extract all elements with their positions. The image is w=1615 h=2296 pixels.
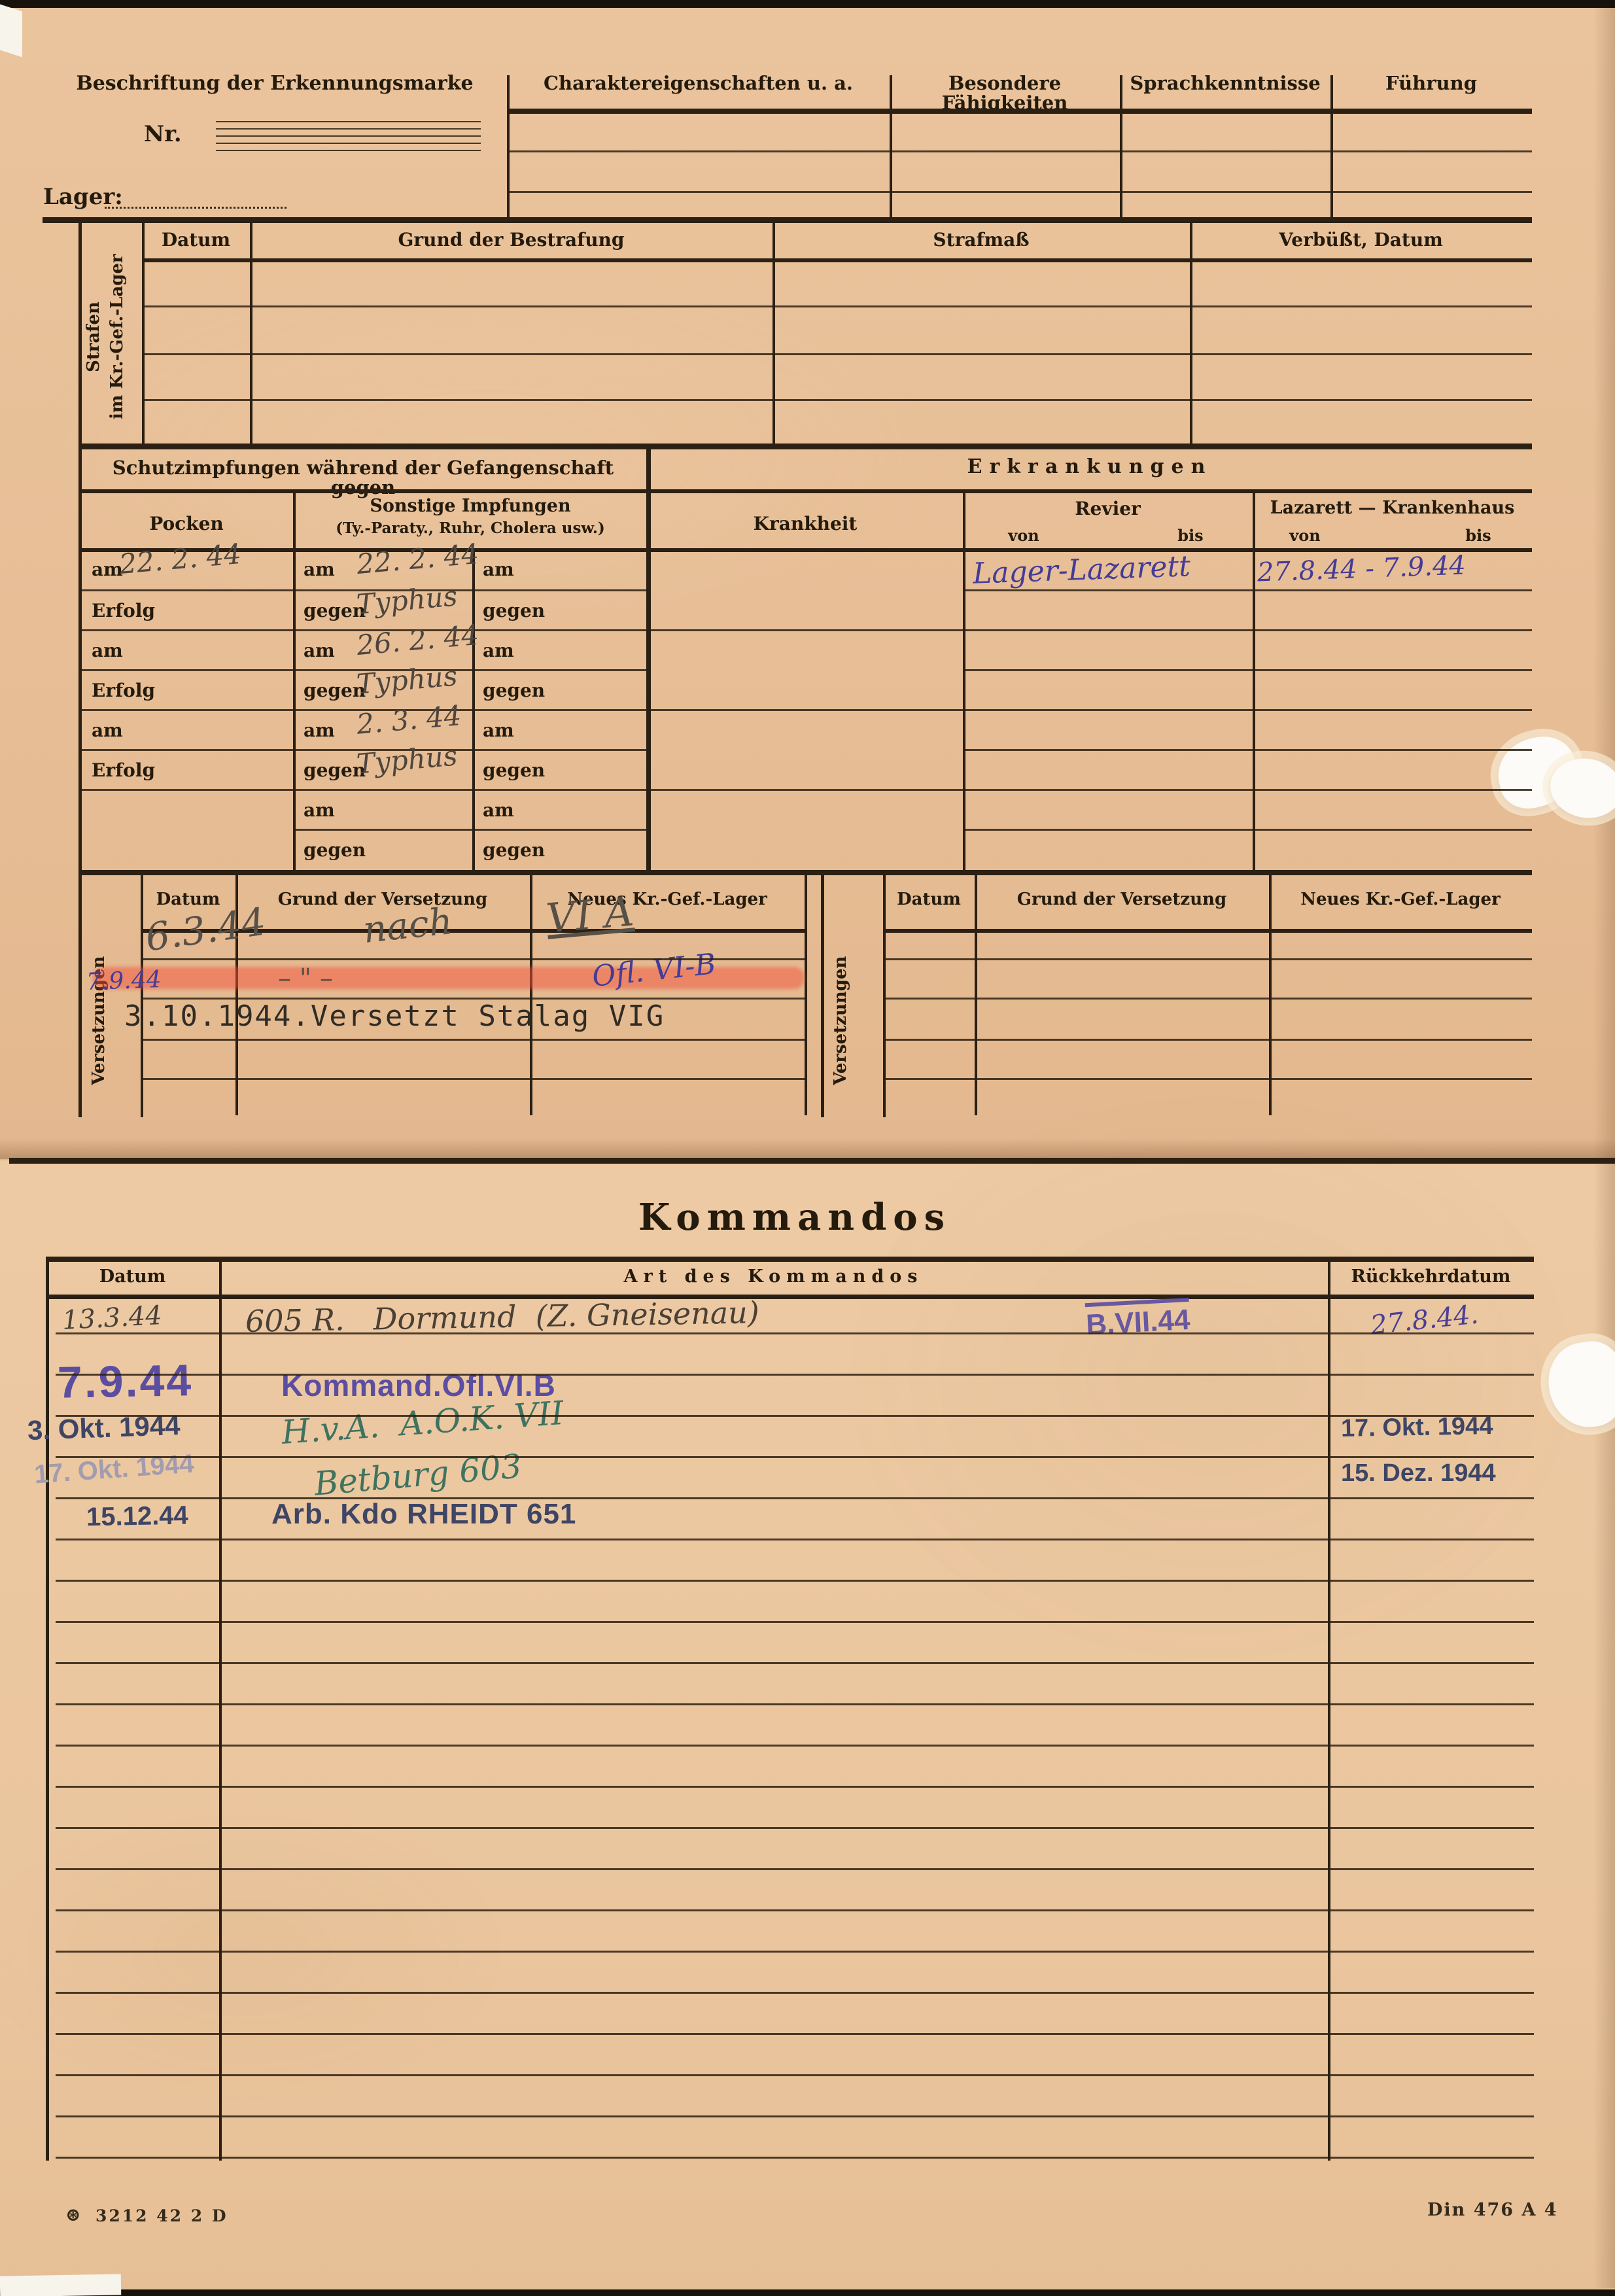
column-header-sprachen: Sprachkenntnisse	[1120, 73, 1330, 93]
impf-cell-label: am	[304, 641, 335, 660]
krankheit-header: Krankheit	[648, 514, 963, 533]
versetz-right-header-datum: Datum	[883, 891, 975, 909]
kommandos-header-art: Art des Kommandos	[219, 1268, 1328, 1286]
versetz-row1-neues: VI A	[545, 891, 636, 939]
rule	[56, 1332, 1534, 1334]
rule	[293, 829, 646, 831]
rule	[821, 870, 824, 1117]
rule	[216, 128, 481, 130]
versetzungen-side-label-left: Versetzungen	[90, 932, 107, 1109]
impf-cell-label: gegen	[483, 841, 545, 860]
rule	[56, 1456, 1534, 1458]
printer-mark-icon: ⊛	[65, 2206, 80, 2224]
rule	[216, 143, 481, 144]
revier-bis-label: bis	[1171, 527, 1210, 544]
rule	[78, 444, 82, 870]
column-header-charakter: Charaktereigenschaften u. a.	[507, 73, 890, 93]
rule	[216, 150, 481, 151]
impf-cell-label: gegen	[304, 841, 366, 860]
rule	[56, 2115, 1534, 2117]
rule	[82, 709, 293, 711]
rule	[56, 1415, 1534, 1417]
rule	[965, 789, 1532, 791]
rule	[1253, 489, 1255, 870]
lazarett-entry: 27.8.44 - 7.9.44	[1257, 552, 1466, 585]
rule	[82, 789, 293, 791]
fold-crease	[0, 1138, 1615, 1159]
kommandos-title: Kommandos	[481, 1198, 1109, 1237]
versetz-right-header-grund: Grund der Versetzung	[975, 891, 1269, 909]
kommandos-header-rueckkehr: Rückkehrdatum	[1328, 1268, 1534, 1286]
scan-edge-bottom-left	[0, 2274, 121, 2296]
rule	[886, 958, 1532, 960]
kommando-row1-art: 605 R. Dormund (Z. Gneisenau)	[245, 1297, 759, 1336]
rule	[216, 135, 481, 137]
rule	[56, 1539, 1534, 1540]
rule	[651, 629, 963, 631]
rule	[883, 870, 886, 1117]
rule	[143, 1039, 805, 1041]
rule	[883, 929, 1532, 933]
nr-label: Nr.	[144, 123, 182, 147]
rule	[507, 109, 1532, 114]
rule	[216, 121, 481, 122]
rule	[651, 789, 963, 791]
versetz-right-header-neues: Neues Kr.-Gef.-Lager	[1269, 891, 1532, 909]
rule	[56, 2074, 1534, 2076]
revier-von-label: von	[1001, 527, 1047, 544]
rule	[56, 1621, 1534, 1623]
kommando-row1-datum: 13.3.44	[61, 1302, 163, 1334]
rule	[293, 709, 646, 711]
impf-cell-label: Erfolg	[92, 681, 155, 700]
rule	[143, 1078, 805, 1080]
impf-cell-label: am	[304, 721, 335, 740]
rule	[1120, 75, 1122, 217]
rule	[78, 548, 1532, 552]
rule	[78, 489, 1532, 493]
rule	[886, 1039, 1532, 1041]
erkrankungen-section-header: Erkrankungen	[648, 457, 1532, 478]
rule	[1190, 217, 1192, 444]
scan-edge-top-left	[0, 4, 22, 57]
lazarett-bis-label: bis	[1459, 527, 1498, 544]
rule	[56, 1786, 1534, 1788]
versetz-left-header-grund: Grund der Versetzung	[235, 891, 530, 909]
sonstige-header: Sonstige Impfungen	[293, 497, 648, 515]
column-header-faehigkeiten: Besondere Fähigkeiten	[890, 73, 1120, 113]
lager-entry-line	[105, 191, 287, 209]
impf-cell-label: am	[92, 560, 123, 579]
kommando-row5-art-stamp: Arb. Kdo RHEIDT 651	[271, 1500, 576, 1529]
identity-tag-header: Beschriftung der Erkennungsmarke	[43, 73, 507, 94]
rule	[56, 1827, 1534, 1829]
kommando-row3-rueckkehr-stamp: 17. Okt. 1944	[1341, 1414, 1493, 1441]
versetz-row2-datum: 7.9.44	[86, 968, 162, 994]
seam-rule	[9, 1158, 1615, 1164]
versetz-row3-typed: 3.10.1944.Versetzt Stalag VIG	[124, 1002, 665, 1031]
impf-cell-label: am	[92, 641, 123, 660]
rule	[886, 998, 1532, 1000]
pow-record-card: Beschriftung der Erkennungsmarke Charakt…	[0, 0, 1615, 2296]
impf-cell-label: am	[304, 560, 335, 579]
rule	[43, 217, 1532, 223]
kommando-row4-rueckkehr-stamp: 15. Dez. 1944	[1341, 1461, 1496, 1486]
rule	[142, 217, 145, 444]
revier-header: Revier	[963, 499, 1253, 518]
rule	[646, 444, 651, 870]
impf-cell-label: am	[483, 801, 514, 820]
rule	[56, 1580, 1534, 1582]
impf-cell-label: am	[483, 641, 514, 660]
rule	[78, 870, 82, 1117]
impf-cell-label: am	[304, 801, 335, 820]
rule	[143, 958, 805, 960]
rule	[56, 1868, 1534, 1870]
rule	[507, 191, 1532, 193]
rule	[293, 669, 646, 671]
rule	[219, 1257, 222, 2161]
footer-print-code: 3212 42 2 D	[96, 2208, 228, 2224]
rule	[293, 589, 646, 591]
rule	[78, 444, 1532, 449]
column-header-fuehrung: Führung	[1330, 73, 1532, 93]
versetzungen-side-label-right: Versetzungen	[832, 932, 849, 1109]
rule	[56, 1992, 1534, 1994]
impf-cell-label: am	[483, 560, 514, 579]
revier-entry: Lager-Lazarett	[972, 552, 1190, 589]
rule	[507, 150, 1532, 152]
rule	[1328, 1257, 1330, 2161]
rule	[293, 489, 296, 870]
rule	[507, 75, 510, 217]
rule	[250, 217, 252, 444]
strafen-header-grund: Grund der Bestrafung	[250, 230, 773, 249]
rule	[805, 870, 807, 1115]
pocken-header: Pocken	[85, 514, 288, 533]
rule	[293, 749, 646, 751]
impf-cell-label: gegen	[483, 681, 545, 700]
rule	[890, 75, 892, 217]
rule	[293, 789, 646, 791]
impf-cell-label: gegen	[483, 761, 545, 780]
rule	[56, 1909, 1534, 1911]
rule	[46, 1257, 1534, 1262]
strafen-header-verbuesst: Verbüßt, Datum	[1190, 230, 1532, 249]
rule	[56, 1745, 1534, 1747]
rule	[56, 2157, 1534, 2159]
strafen-side-label-1: Strafen	[85, 275, 102, 399]
rule	[886, 1078, 1532, 1080]
rule	[965, 749, 1532, 751]
sonstige-subheader: (Ty.-Paraty., Ruhr, Cholera usw.)	[293, 521, 648, 536]
kommando-row2-datum-stamp: 7.9.44	[57, 1358, 193, 1405]
rule	[142, 353, 1532, 355]
rule	[142, 399, 1532, 401]
strafen-header-strafmass: Strafmaß	[773, 230, 1190, 249]
rule	[46, 1295, 1534, 1299]
strafen-header-datum: Datum	[142, 230, 250, 249]
rule	[965, 709, 1532, 711]
rule	[56, 1951, 1534, 1953]
rule	[82, 749, 293, 751]
rule	[965, 589, 1532, 591]
rule	[965, 629, 1532, 631]
rule	[965, 669, 1532, 671]
versetz-row1-grund: nach	[361, 903, 454, 949]
lazarett-header: Lazarett — Krankenhaus	[1253, 499, 1532, 517]
impf-cell-label: Erfolg	[92, 761, 155, 780]
rule	[56, 1703, 1534, 1705]
rule	[46, 1257, 49, 2161]
kommando-row5-datum-stamp: 15.12.44	[86, 1503, 188, 1531]
versetz-row2-grund: – " –	[278, 965, 333, 992]
impf-cell-label: Erfolg	[92, 601, 155, 620]
rule	[143, 998, 805, 1000]
strafen-side-label-2: im Kr.-Gef.-Lager	[109, 249, 126, 425]
rule	[651, 709, 963, 711]
rule	[82, 589, 293, 591]
impf-cell-label: am	[483, 721, 514, 740]
rule	[965, 829, 1532, 831]
rule	[1330, 75, 1333, 217]
footer-din-code: Din 476 A 4	[1427, 2201, 1558, 2219]
impf-cell-label: gegen	[483, 601, 545, 620]
lazarett-von-label: von	[1282, 527, 1328, 544]
kommandos-header-datum: Datum	[46, 1268, 219, 1286]
rule	[82, 629, 293, 631]
rule	[773, 217, 775, 444]
rule	[963, 489, 965, 870]
rule	[82, 669, 293, 671]
rule	[56, 1374, 1534, 1376]
rule	[56, 1662, 1534, 1664]
rule	[142, 305, 1532, 307]
rule	[56, 2033, 1534, 2035]
rule	[78, 217, 82, 444]
rule	[142, 258, 1532, 262]
rule	[56, 1497, 1534, 1499]
impf-cell-label: am	[92, 721, 123, 740]
